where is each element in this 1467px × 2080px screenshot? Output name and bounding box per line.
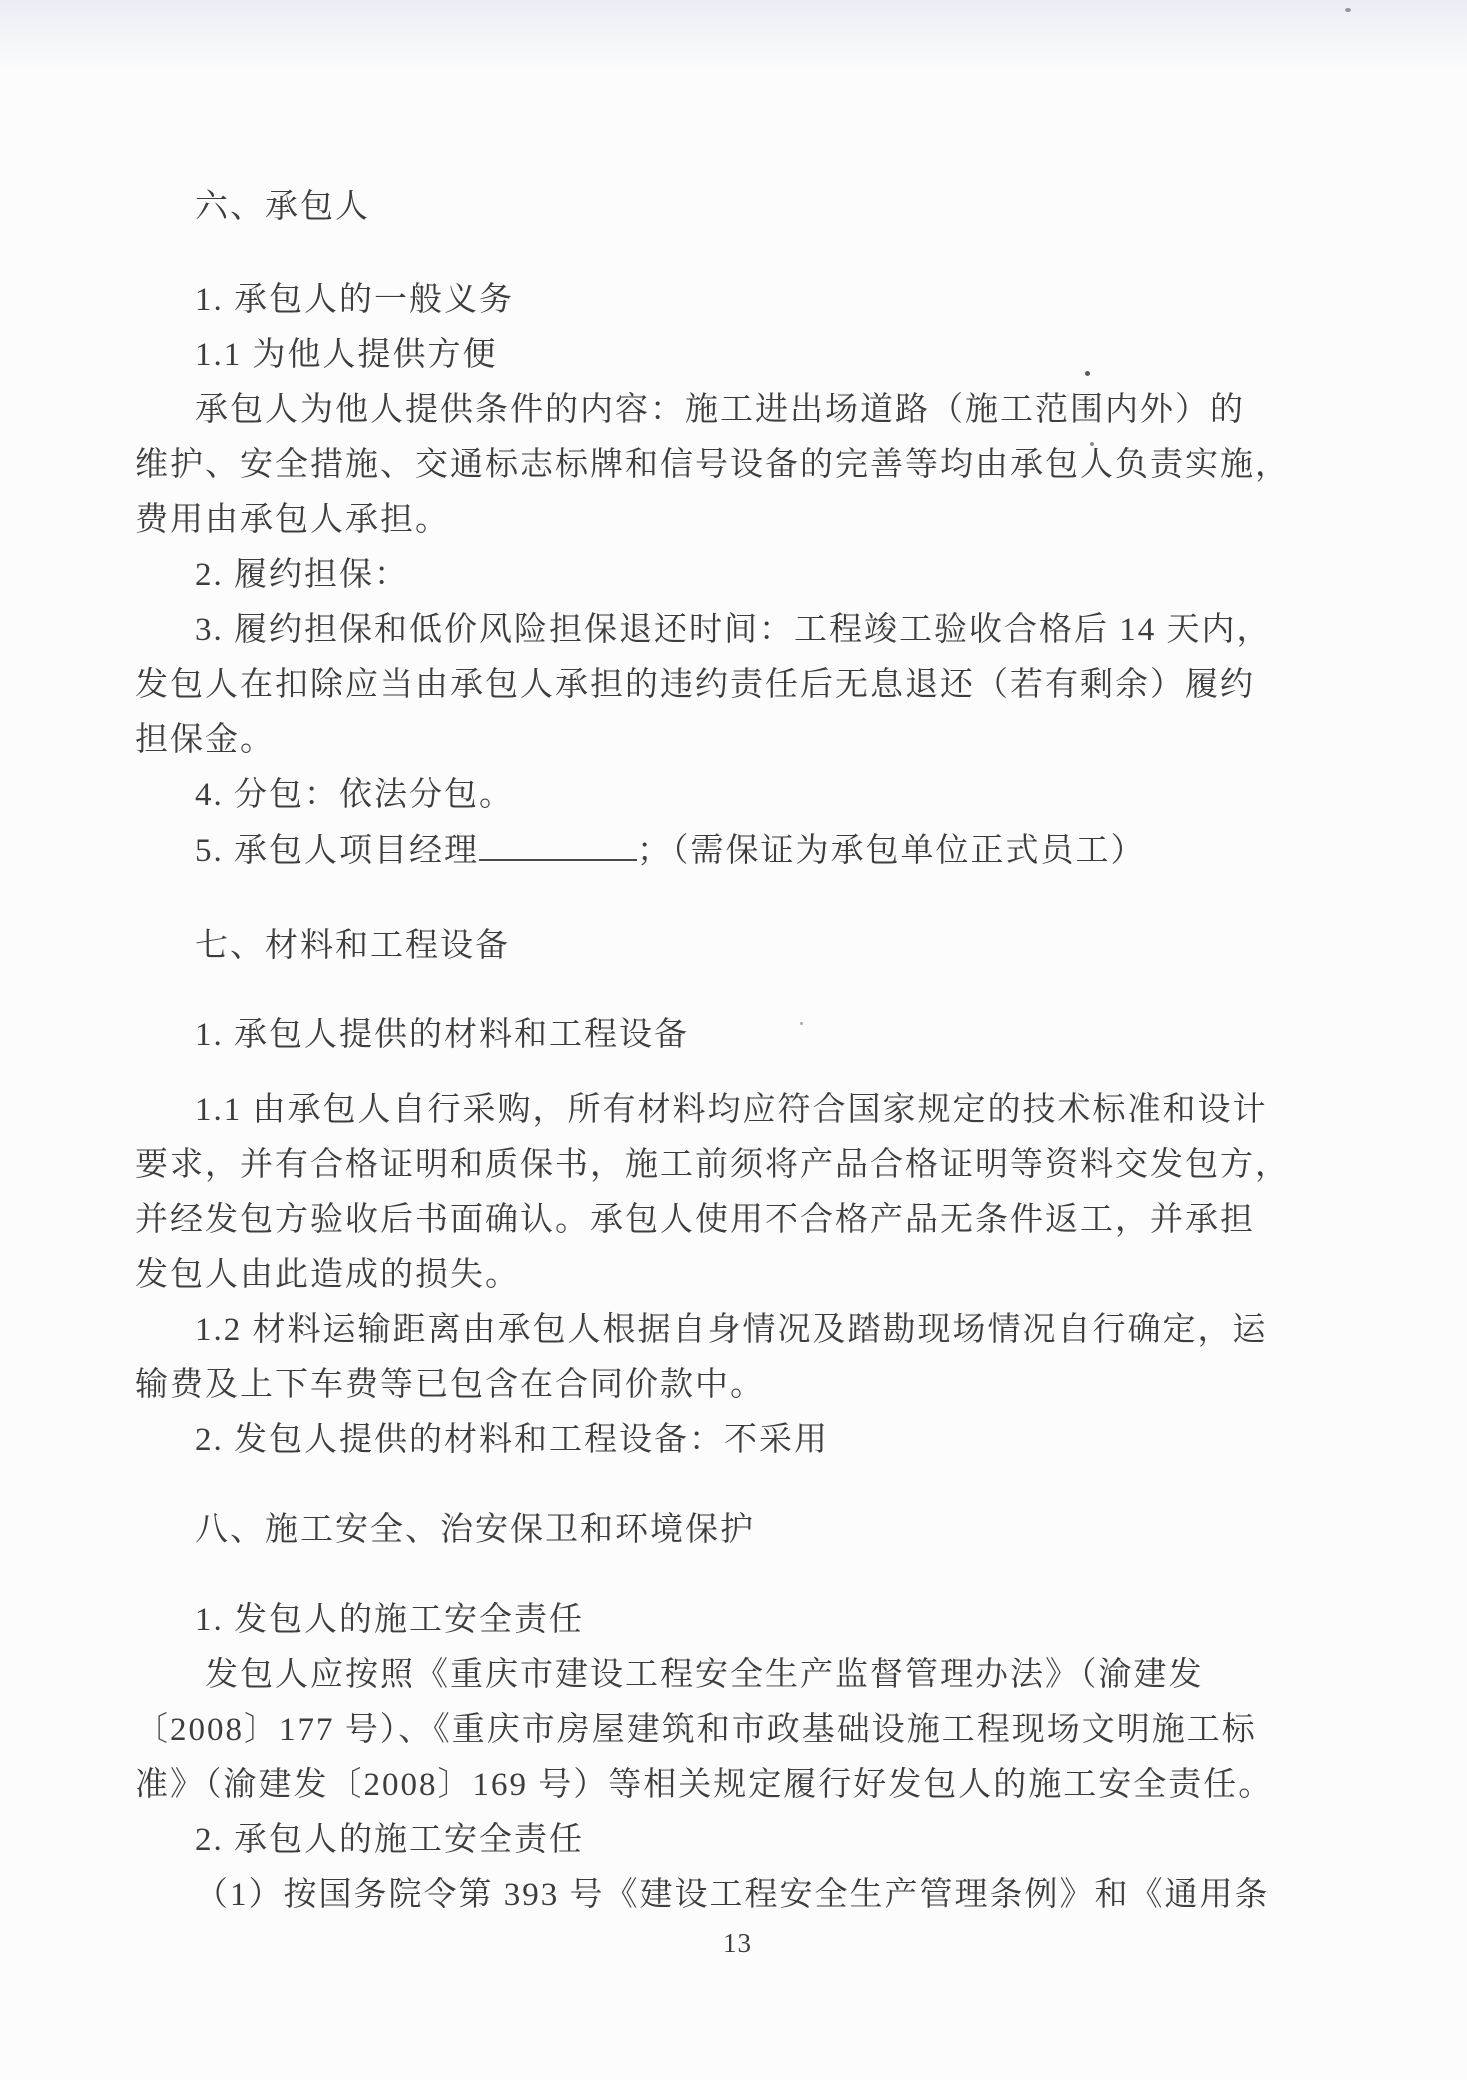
text-line: 承包人为他人提供条件的内容：施工进出场道路（施工范围内外）的 bbox=[195, 383, 1467, 438]
text-segment: 5. 承包人项目经理 bbox=[195, 833, 479, 869]
section-heading-contractor: 六、承包人 bbox=[195, 180, 1467, 235]
clause-heading: 1.1 为他人提供方便 bbox=[195, 328, 1467, 383]
text-line: 费用由承包人承担。 bbox=[135, 493, 1467, 548]
text-line: 3. 履约担保和低价风险担保退还时间：工程竣工验收合格后 14 天内， bbox=[195, 603, 1467, 658]
scan-speck bbox=[1345, 8, 1351, 12]
text-line: 发包人应按照《重庆市建设工程安全生产监督管理办法》（渝建发 bbox=[205, 1648, 1467, 1703]
section-heading-safety: 八、施工安全、治安保卫和环境保护 bbox=[195, 1503, 1467, 1558]
scan-speck bbox=[800, 1022, 803, 1025]
text-line: 1.2 材料运输距离由承包人根据自身情况及踏勘现场情况自行确定，运 bbox=[195, 1303, 1467, 1358]
text-line: （1）按国务院令第 393 号《建设工程安全生产管理条例》和《通用条 bbox=[195, 1868, 1467, 1923]
text-segment: ；（需保证为承包单位正式员工） bbox=[637, 833, 1146, 869]
text-line: 发包人在扣除应当由承包人承担的违约责任后无息退还（若有剩余）履约 bbox=[135, 658, 1467, 713]
blank-underline-field bbox=[479, 823, 637, 861]
text-line: 担保金。 bbox=[135, 713, 1467, 768]
clause-heading: 4. 分包：依法分包。 bbox=[195, 768, 1467, 823]
clause-heading: 2. 发包人提供的材料和工程设备：不采用 bbox=[195, 1413, 1467, 1468]
text-line: 输费及上下车费等已包含在合同价款中。 bbox=[135, 1358, 1467, 1413]
text-line: 发包人由此造成的损失。 bbox=[135, 1248, 1467, 1303]
clause-heading: 2. 履约担保： bbox=[195, 548, 1467, 603]
text-line: 维护、安全措施、交通标志标牌和信号设备的完善等均由承包人负责实施， bbox=[135, 438, 1467, 493]
text-line: 〔2008〕177 号）、《重庆市房屋建筑和市政基础设施工程现场文明施工标 bbox=[135, 1703, 1467, 1758]
document-page: 六、承包人 1. 承包人的一般义务 1.1 为他人提供方便 承包人为他人提供条件… bbox=[0, 0, 1467, 2080]
page-number: 13 bbox=[135, 1928, 1340, 1959]
clause-project-manager: 5. 承包人项目经理；（需保证为承包单位正式员工） bbox=[195, 823, 1467, 878]
section-heading-materials: 七、材料和工程设备 bbox=[195, 919, 1467, 974]
text-line: 并经发包方验收后书面确认。承包人使用不合格产品无条件返工，并承担 bbox=[135, 1193, 1467, 1248]
clause-heading: 1. 发包人的施工安全责任 bbox=[195, 1593, 1467, 1648]
text-line: 1.1 由承包人自行采购，所有材料均应符合国家规定的技术标准和设计 bbox=[195, 1083, 1467, 1138]
text-line: 准》（渝建发〔2008〕169 号）等相关规定履行好发包人的施工安全责任。 bbox=[135, 1758, 1467, 1813]
clause-heading: 1. 承包人提供的材料和工程设备 bbox=[195, 1008, 1467, 1063]
text-line: 要求，并有合格证明和质保书，施工前须将产品合格证明等资料交发包方， bbox=[135, 1138, 1467, 1193]
clause-heading: 1. 承包人的一般义务 bbox=[195, 273, 1467, 328]
scan-speck bbox=[1085, 371, 1090, 376]
clause-heading: 2. 承包人的施工安全责任 bbox=[195, 1813, 1467, 1868]
scan-speck bbox=[1090, 442, 1094, 446]
